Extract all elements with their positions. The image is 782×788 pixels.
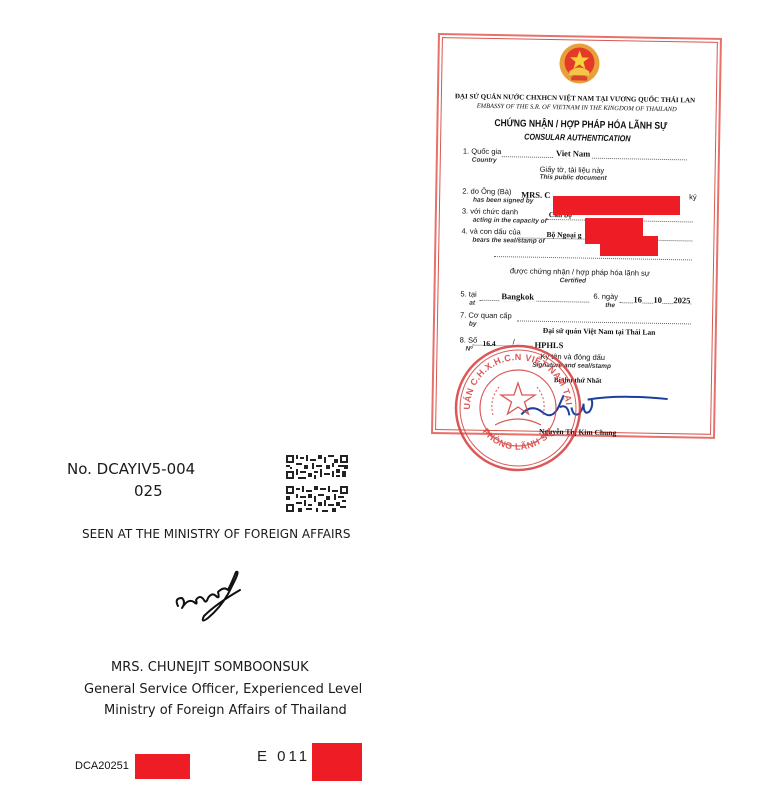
svg-text:ĐẠI SỨ QUÁN C.H.X.H.C.N VIỆT N: ĐẠI SỨ QUÁN C.H.X.H.C.N VIỆT NAM TẠI THÁ… bbox=[453, 343, 574, 410]
country-value: Viet Nam bbox=[554, 149, 593, 158]
issuing-authority-label: 7. Cơ quan cấp bbox=[460, 311, 512, 319]
stamp-number-line1: No. DCAYIV5-004 bbox=[67, 460, 195, 478]
vietnam-national-emblem-icon bbox=[557, 41, 602, 86]
qr-code-icon bbox=[286, 455, 348, 479]
place-label: 5. tại bbox=[460, 290, 476, 298]
date-day: 16 bbox=[633, 295, 642, 304]
date-label: 6. ngày bbox=[593, 293, 618, 301]
signed-suffix: ký bbox=[689, 193, 697, 201]
redaction-reference-code bbox=[135, 754, 190, 779]
signed-by-value: MRS. C bbox=[521, 190, 550, 199]
seal-of-label: 4. và con dấu của bbox=[461, 227, 520, 236]
svg-text:PHÒNG LÃNH SỰ: PHÒNG LÃNH SỰ bbox=[481, 426, 556, 451]
capacity-label: 3. với chức danh bbox=[462, 207, 518, 215]
document-label-en: This public document bbox=[539, 175, 606, 183]
country-label: 1. Quốc gia bbox=[463, 147, 501, 155]
place-label-en: at bbox=[469, 301, 475, 308]
seal-of-label-en: bears the seal/stamp of bbox=[472, 238, 544, 246]
reference-code: DCA20251 bbox=[75, 760, 129, 772]
ministry-name: Ministry of Foreign Affairs of Thailand bbox=[104, 703, 347, 718]
date-label-en: the bbox=[605, 303, 615, 310]
issuing-authority-label-en: by bbox=[469, 322, 477, 329]
certified-label-en: Certified bbox=[560, 278, 586, 285]
date-month: 10 bbox=[653, 296, 662, 305]
redaction-seal-of bbox=[600, 236, 658, 256]
redaction-signer-name bbox=[553, 196, 680, 215]
signed-by-label: 2. do Ông (Bà) bbox=[462, 187, 511, 195]
stamp-number-line2: 025 bbox=[134, 482, 163, 500]
officer-signature bbox=[170, 568, 254, 628]
seen-at-ministry-text: SEEN AT THE MINISTRY OF FOREIGN AFFAIRS bbox=[82, 527, 351, 541]
capacity-label-en: acting in the capacity of bbox=[473, 218, 547, 226]
place-value: Bangkok bbox=[499, 292, 536, 301]
qr-code-icon bbox=[286, 486, 348, 512]
country-label-en: Country bbox=[472, 158, 497, 165]
certificate-title-en: CONSULAR AUTHENTICATION bbox=[524, 133, 631, 143]
serial-number: E 011 bbox=[257, 748, 310, 765]
consular-seal-icon: ĐẠI SỨ QUÁN C.H.X.H.C.N VIỆT NAM TẠI THÁ… bbox=[453, 343, 583, 473]
redaction-serial-number bbox=[312, 743, 362, 781]
officer-name: MRS. CHUNEJIT SOMBOONSUK bbox=[111, 660, 309, 675]
officer-title: General Service Officer, Experienced Lev… bbox=[84, 682, 362, 697]
date-year: 2025 bbox=[673, 296, 690, 305]
seal-of-value: Bộ Ngoại g bbox=[546, 231, 581, 239]
issuing-authority-value: Đại sứ quán Việt Nam tại Thái Lan bbox=[543, 327, 656, 336]
